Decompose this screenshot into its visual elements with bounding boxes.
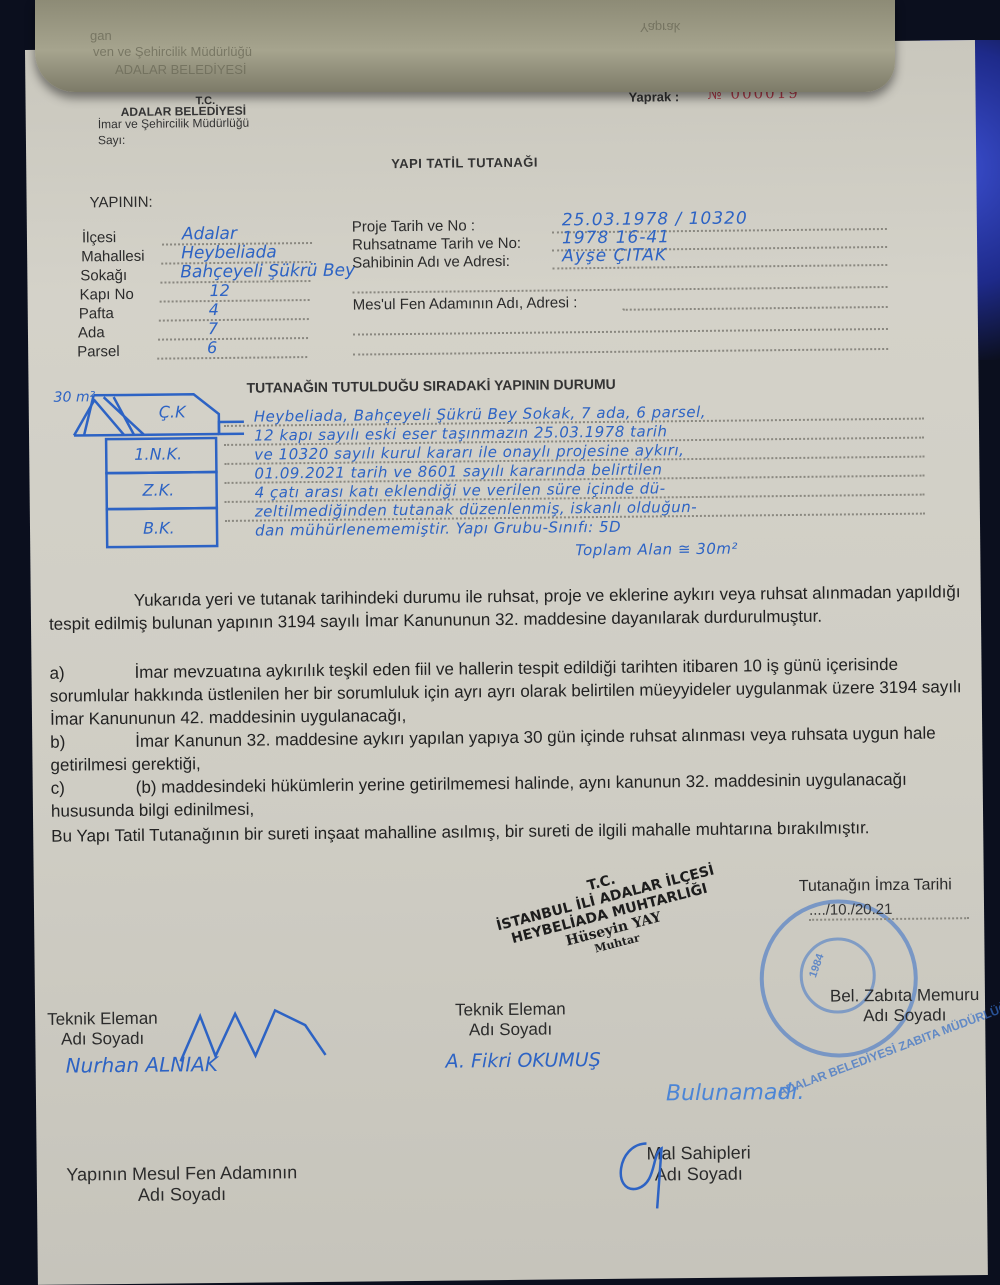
signature-scribble bbox=[175, 1005, 346, 1067]
field-label: Parsel bbox=[77, 343, 120, 360]
building-field-row: MahallesiHeybeliada bbox=[81, 248, 145, 267]
signature-role: Bel. Zabıta Memuru bbox=[830, 985, 979, 1007]
building-field-row: Kapı No12 bbox=[79, 286, 133, 305]
signature-block-technical-1: Teknik Eleman Adı Soyadı bbox=[47, 1009, 158, 1050]
signature-block-technical-2: Teknik Eleman Adı Soyadı bbox=[455, 999, 566, 1040]
status-heading: TUTANAĞIN TUTULDUĞU SIRADAKİ YAPININ DUR… bbox=[246, 376, 615, 396]
legal-item-text: İmar Kanunun 32. maddesine aykırı yapıla… bbox=[50, 724, 935, 775]
legal-item: a)İmar mevzuatına aykırılık teşkil eden … bbox=[49, 652, 970, 731]
field-label: Proje Tarih ve No : bbox=[352, 217, 475, 235]
building-field-row: Sahibinin Adı ve Adresi:Ayşe ÇITAK bbox=[352, 253, 510, 273]
signature-handwritten: A. Fikri OKUMUŞ bbox=[446, 1049, 601, 1073]
building-field-row: Pafta4 bbox=[79, 305, 114, 323]
dotted-line bbox=[159, 318, 309, 322]
field-value: Ayşe ÇITAK bbox=[562, 245, 667, 266]
owner-scribble bbox=[606, 1133, 687, 1214]
legal-item-text: İmar mevzuatına aykırılık teşkil eden fi… bbox=[50, 655, 962, 729]
building-field-row: Ada7 bbox=[78, 324, 105, 342]
field-value: 4 bbox=[209, 300, 219, 319]
dotted-line bbox=[158, 337, 308, 341]
dotted-line bbox=[157, 356, 307, 360]
legal-item: c)(b) maddesindeki hükümlerin yerine get… bbox=[51, 767, 971, 823]
document-page: T.C. ADALAR BELEDİYESİ İmar ve Şehircili… bbox=[25, 40, 988, 1285]
legal-items: a)İmar mevzuatına aykırılık teşkil eden … bbox=[49, 652, 971, 823]
field-value: Heybeliada bbox=[181, 242, 277, 263]
building-field-row: Parsel6 bbox=[77, 343, 120, 361]
status-line: Toplam Alan ≅ 30m² bbox=[575, 540, 738, 561]
signature-sub: Adı Soyadı bbox=[47, 1029, 158, 1050]
sketch-area-note: 30 m² bbox=[54, 389, 96, 405]
dotted-line bbox=[353, 328, 888, 336]
signature-role: Teknik Eleman bbox=[455, 999, 566, 1020]
previous-page-curl: gan ven ve Şehircilik Müdürlüğü ADALAR B… bbox=[35, 0, 895, 92]
dotted-line bbox=[353, 286, 888, 294]
owner-not-found-note: Bulunamadı. bbox=[666, 1080, 805, 1106]
signature-role: Yapının Mesul Fen Adamının bbox=[37, 1162, 327, 1186]
signature-sub: Adı Soyadı bbox=[830, 1005, 979, 1027]
sketch-floor: B.K. bbox=[143, 518, 175, 537]
field-label: Ruhsatname Tarih ve No: bbox=[352, 235, 521, 254]
signature-block-engineer: Yapının Mesul Fen Adamının Adı Soyadı bbox=[37, 1162, 327, 1207]
ghost-text: Yaprak bbox=[640, 20, 680, 35]
field-label: Sokağı bbox=[80, 267, 127, 284]
building-heading: YAPININ: bbox=[90, 194, 153, 212]
signature-date-label: Tutanağın İmza Tarihi bbox=[799, 876, 952, 896]
field-value: 12 bbox=[209, 281, 230, 300]
status-line: zeltilmediğinden tutanak düzenlenmiş, is… bbox=[255, 498, 697, 522]
field-label: Kapı No bbox=[79, 286, 133, 304]
field-label: Sahibinin Adı ve Adresi: bbox=[352, 253, 510, 272]
field-label: Mes'ul Fen Adamının Adı, Adresi : bbox=[353, 294, 578, 313]
building-field-row: Proje Tarih ve No :25.03.1978 / 10320 bbox=[352, 217, 475, 236]
sketch-floor: 1.N.K. bbox=[134, 444, 182, 464]
signature-role: Teknik Eleman bbox=[47, 1009, 158, 1030]
dotted-line bbox=[623, 306, 888, 311]
sketch-floor: Z.K. bbox=[143, 480, 175, 499]
building-field-row: İlçesiAdalar bbox=[82, 229, 116, 247]
field-value: 7 bbox=[208, 319, 218, 338]
building-sketch: 30 m² Ç.K 1.N.K. Z.K. B.K. bbox=[34, 386, 246, 558]
field-value: Bahçeyeli Şükrü Bey bbox=[180, 261, 355, 283]
ghost-text: gan bbox=[90, 28, 112, 43]
status-line-text: dan mühürlenememiştir. Yapı Grubu-Sınıfı… bbox=[255, 518, 621, 540]
legal-item-marker: c) bbox=[51, 776, 136, 800]
dotted-line bbox=[353, 348, 888, 356]
header-directorate: İmar ve Şehircilik Müdürlüğü bbox=[98, 116, 250, 132]
building-field-row: SokağıBahçeyeli Şükrü Bey bbox=[80, 267, 127, 285]
signature-block-zabita: Bel. Zabıta Memuru Adı Soyadı bbox=[830, 985, 980, 1027]
building-field-row: Mes'ul Fen Adamının Adı, Adresi : bbox=[353, 294, 578, 314]
document-title: YAPI TATİL TUTANAĞI bbox=[391, 155, 538, 172]
ghost-text: ADALAR BELEDİYESİ bbox=[115, 62, 247, 77]
signature-sub: Adı Soyadı bbox=[37, 1183, 327, 1207]
sketch-floor: Ç.K bbox=[159, 402, 186, 421]
field-label: Ada bbox=[78, 324, 105, 341]
field-label: Pafta bbox=[79, 305, 114, 322]
dotted-line bbox=[160, 299, 310, 303]
signature-date-value: ..../10./20.21 bbox=[809, 900, 969, 921]
muhtar-stamp: T.C. İSTANBUL İLİ ADALAR İLÇESİ HEYBELİA… bbox=[483, 845, 735, 980]
field-value: 6 bbox=[207, 338, 217, 357]
header-sayi: Sayı: bbox=[98, 133, 126, 147]
legal-item-marker: b) bbox=[50, 730, 135, 754]
legal-item-text: (b) maddesindeki hükümlerin yerine getir… bbox=[51, 770, 907, 821]
field-value: Adalar bbox=[182, 224, 237, 245]
ghost-text: ven ve Şehircilik Müdürlüğü bbox=[93, 44, 252, 59]
status-line-text: Toplam Alan ≅ 30m² bbox=[575, 540, 738, 560]
legal-intro: Yukarıda yeri ve tutanak tarihindeki dur… bbox=[49, 580, 969, 636]
signature-sub: Adı Soyadı bbox=[455, 1019, 566, 1040]
field-label: Mahallesi bbox=[81, 248, 145, 266]
legal-item-marker: a) bbox=[49, 661, 134, 685]
field-label: İlçesi bbox=[82, 229, 116, 246]
building-field-row: Ruhsatname Tarih ve No:1978 16-41 bbox=[352, 235, 521, 255]
status-line: dan mühürlenememiştir. Yapı Grubu-Sınıfı… bbox=[255, 518, 621, 541]
building-sketch-drawing bbox=[34, 386, 246, 558]
